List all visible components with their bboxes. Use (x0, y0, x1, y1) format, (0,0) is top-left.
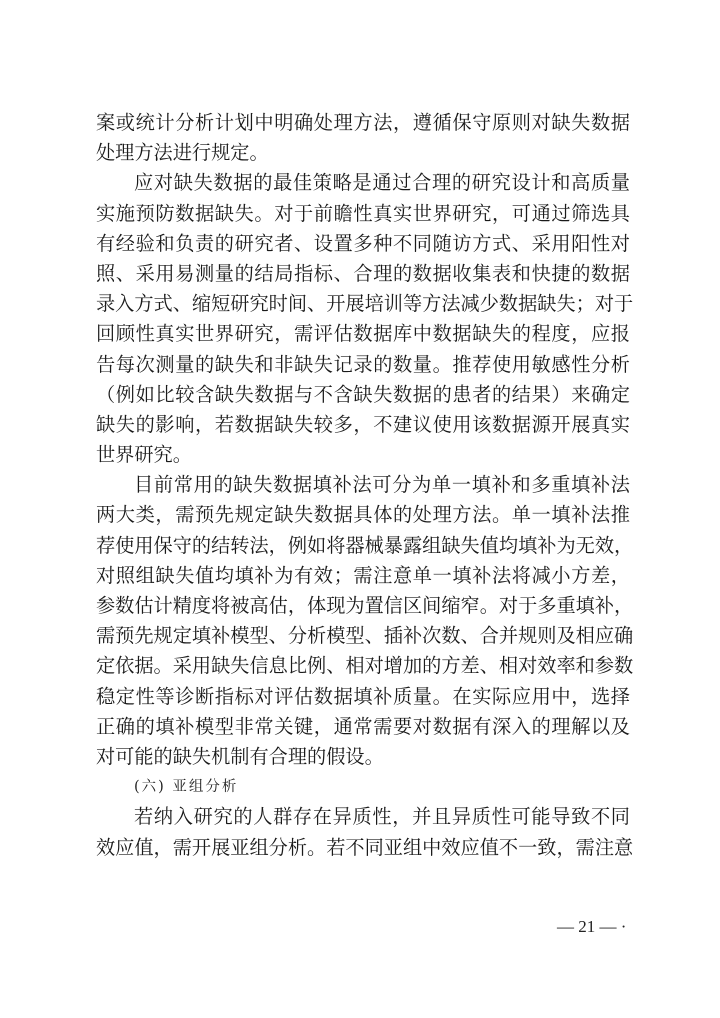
text-line: 效应值，需开展亚组分析。若不同亚组中效应值不一致，需注意 (96, 833, 630, 863)
text-line: 录入方式、缩短研究时间、开展培训等方法减少数据缺失；对于 (96, 289, 630, 319)
text-line: 定依据。采用缺失信息比例、相对增加的方差、相对效率和参数 (96, 651, 630, 681)
text-line: 参数估计精度将被高估，体现为置信区间缩窄。对于多重填补， (96, 591, 630, 621)
text-line: 有经验和负责的研究者、设置多种不同随访方式、采用阳性对 (96, 229, 630, 259)
text-line: 目前常用的缺失数据填补法可分为单一填补和多重填补法 (96, 470, 630, 500)
text-line: 对照组缺失值均填补为有效；需注意单一填补法将减小方差， (96, 561, 630, 591)
text-line: 告每次测量的缺失和非缺失记录的数量。推荐使用敏感性分析 (96, 350, 630, 380)
text-line: 回顾性真实世界研究，需评估数据库中数据缺失的程度，应报 (96, 319, 630, 349)
text-line: 实施预防数据缺失。对于前瞻性真实世界研究，可通过筛选具 (96, 199, 630, 229)
text-line: 正确的填补模型非常关键，通常需要对数据有深入的理解以及 (96, 712, 630, 742)
paragraph-subgroup-analysis: 若纳入研究的人群存在异质性，并且异质性可能导致不同 效应值，需开展亚组分析。若不… (96, 802, 630, 862)
section-heading: (六) 亚组分析 (96, 772, 630, 802)
text-line: 对可能的缺失机制有合理的假设。 (96, 742, 630, 772)
text-line: 世界研究。 (96, 440, 630, 470)
text-line: 照、采用易测量的结局指标、合理的数据收集表和快捷的数据 (96, 259, 630, 289)
text-line: 若纳入研究的人群存在异质性，并且异质性可能导致不同 (96, 802, 630, 832)
page-number: — 21 — · (557, 917, 626, 937)
text-line: 稳定性等诊断指标对评估数据填补质量。在实际应用中，选择 (96, 682, 630, 712)
paragraph-imputation-methods: 目前常用的缺失数据填补法可分为单一填补和多重填补法 两大类，需预先规定缺失数据具… (96, 470, 630, 772)
paragraph-continuation: 案或统计分析计划中明确处理方法，遵循保守原则对缺失数据 处理方法进行规定。 (96, 108, 630, 168)
text-line: 荐使用保守的结转法，例如将器械暴露组缺失值均填补为无效， (96, 531, 630, 561)
text-line: 应对缺失数据的最佳策略是通过合理的研究设计和高质量 (96, 168, 630, 198)
text-line: 两大类，需预先规定缺失数据具体的处理方法。单一填补法推 (96, 500, 630, 530)
text-line: 缺失的影响，若数据缺失较多，不建议使用该数据源开展真实 (96, 410, 630, 440)
text-line: 处理方法进行规定。 (96, 138, 630, 168)
document-page: 案或统计分析计划中明确处理方法，遵循保守原则对缺失数据 处理方法进行规定。 应对… (96, 108, 630, 863)
text-line: 需预先规定填补模型、分析模型、插补次数、合并规则及相应确 (96, 621, 630, 651)
text-line: 案或统计分析计划中明确处理方法，遵循保守原则对缺失数据 (96, 108, 630, 138)
paragraph-missing-data-strategy: 应对缺失数据的最佳策略是通过合理的研究设计和高质量 实施预防数据缺失。对于前瞻性… (96, 168, 630, 470)
text-line: （例如比较含缺失数据与不含缺失数据的患者的结果）来确定 (96, 380, 630, 410)
